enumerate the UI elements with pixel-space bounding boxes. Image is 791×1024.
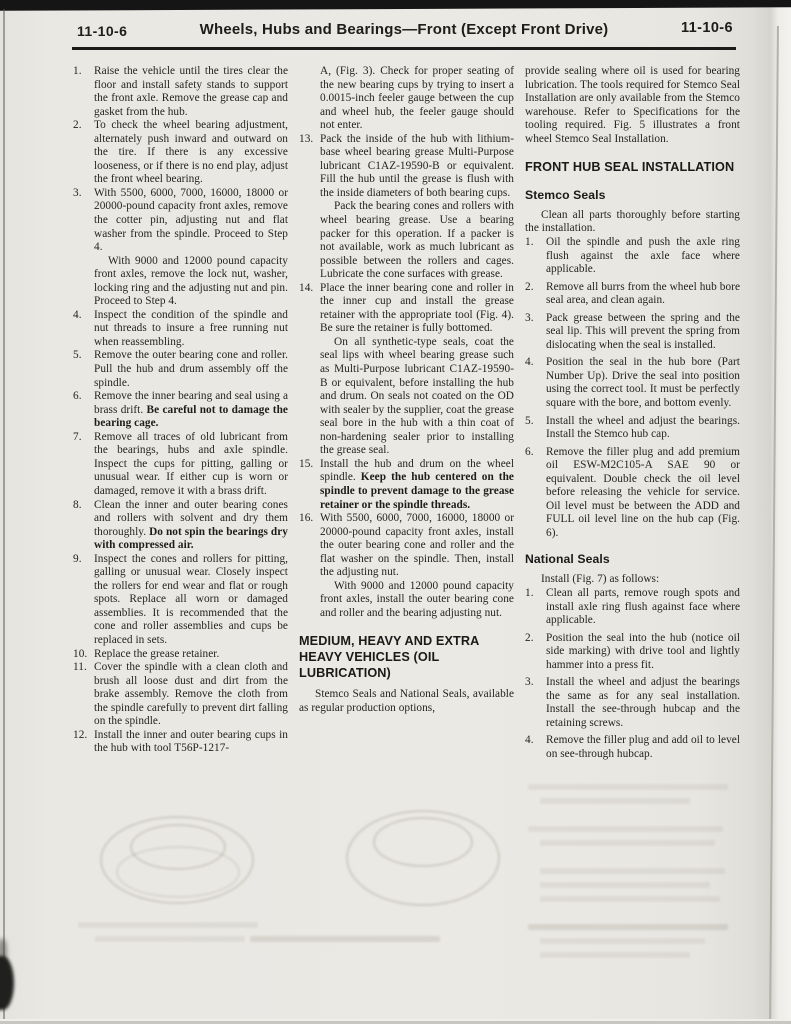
item-number: 3. (525, 312, 546, 353)
item-text: Raise the vehicle until the tires clear … (94, 65, 288, 119)
item-number: 16. (299, 512, 320, 620)
bleedthrough-text (540, 868, 725, 874)
body-text: With 9000 and 12000 pound capacity front… (320, 580, 514, 619)
text-column-1: 1.Raise the vehicle until the tires clea… (73, 65, 288, 766)
item-number: 4. (73, 309, 94, 350)
manual-page-scan: 11-10-6 Wheels, Hubs and Bearings—Front … (0, 0, 791, 1024)
paragraph: Stemco Seals and National Seals, availab… (299, 688, 514, 715)
item-number: 13. (299, 133, 320, 282)
bleedthrough-text (540, 938, 705, 944)
bleedthrough-text (95, 936, 245, 942)
item-number: 14. (299, 282, 320, 458)
scan-corner-blob (0, 956, 14, 1010)
item-paragraph: Pack grease between the spring and the s… (546, 312, 740, 353)
bleedthrough-text (78, 922, 258, 928)
text-column-2: A, (Fig. 3). Check for proper seating of… (299, 65, 514, 766)
item-paragraph: Install the hub and drum on the wheel sp… (320, 458, 514, 512)
bleedthrough-caption (250, 936, 440, 942)
header-rule (72, 47, 736, 50)
item-number: 4. (525, 734, 546, 761)
item-sub-paragraph: With 9000 and 12000 pound capacity front… (320, 580, 514, 621)
item-paragraph: Oil the spindle and push the axle ring f… (546, 236, 740, 277)
body-text: Clean all parts thoroughly before starti… (525, 209, 740, 235)
item-paragraph: Replace the grease retainer. (94, 648, 288, 662)
list-item: 4.Position the seal in the hub bore (Par… (525, 356, 740, 410)
bleedthrough-text (540, 896, 720, 902)
item-text: To check the wheel bearing adjustment, a… (94, 119, 288, 187)
body-text: Position the seal in the hub bore (Part … (546, 356, 740, 409)
page-title: Wheels, Hubs and Bearings—Front (Except … (73, 21, 735, 38)
item-paragraph: Remove the inner bearing and seal using … (94, 390, 288, 431)
list-item: 7.Remove all traces of old lubricant fro… (73, 431, 288, 499)
paragraph: provide sealing where oil is used for be… (525, 65, 740, 146)
body-text: With 5500, 6000, 7000, 16000, 18000 or 2… (320, 512, 514, 578)
item-paragraph: Remove all traces of old lubricant from … (94, 431, 288, 499)
item-number: 2. (525, 281, 546, 308)
body-text: Remove the filler plug and add premium o… (546, 446, 740, 539)
item-paragraph: Remove the outer bearing cone and roller… (94, 349, 288, 390)
item-number: 8. (73, 499, 94, 553)
body-text: provide sealing where oil is used for be… (525, 65, 740, 145)
body-text: Place the inner bearing cone and roller … (320, 282, 514, 335)
item-paragraph: Cover the spindle with a clean cloth and… (94, 661, 288, 729)
scan-left-edge (3, 9, 5, 1024)
body-text: With 5500, 6000, 7000, 16000, 18000 or 2… (94, 187, 288, 253)
item-number: 15. (299, 458, 320, 512)
body-text: Remove the filler plug and add oil to le… (546, 734, 740, 760)
item-text: Place the inner bearing cone and roller … (320, 282, 514, 458)
body-text: Inspect the condition of the spindle and… (94, 309, 288, 348)
item-text: Oil the spindle and push the axle ring f… (546, 236, 740, 277)
section-heading: MEDIUM, HEAVY AND EXTRA HEAVY VEHICLES (… (299, 634, 514, 681)
item-text: With 5500, 6000, 7000, 16000, 18000 or 2… (320, 512, 514, 620)
sub-heading: Stemco Seals (525, 188, 740, 203)
list-item: 12.Install the inner and outer bearing c… (73, 729, 288, 756)
body-text: Pack the inside of the hub with lithium-… (320, 133, 514, 199)
item-text: Remove the inner bearing and seal using … (94, 390, 288, 431)
item-paragraph: With 5500, 6000, 7000, 16000, 18000 or 2… (320, 512, 514, 580)
item-number: 5. (525, 415, 546, 442)
item-text: Inspect the cones and rollers for pittin… (94, 553, 288, 648)
item-paragraph: Inspect the cones and rollers for pittin… (94, 553, 288, 648)
page-edge-shadow (769, 26, 779, 1024)
list-item: 4.Inspect the condition of the spindle a… (73, 309, 288, 350)
item-sub-paragraph: On all synthetic-type seals, coat the se… (320, 336, 514, 458)
item-number: 10. (73, 648, 94, 662)
item-number: 6. (525, 446, 546, 541)
bleedthrough-figure-left-base (116, 846, 240, 898)
item-text: With 5500, 6000, 7000, 16000, 18000 or 2… (94, 187, 288, 309)
item-paragraph: Pack the inside of the hub with lithium-… (320, 133, 514, 201)
item-text: Install the wheel and adjust the bearing… (546, 676, 740, 730)
item-paragraph: Remove the filler plug and add oil to le… (546, 734, 740, 761)
bleedthrough-text (528, 784, 728, 790)
item-text: Install the wheel and adjust the bearing… (546, 415, 740, 442)
item-number: 4. (525, 356, 546, 410)
item-paragraph: Clean the inner and outer bearing cones … (94, 499, 288, 553)
item-number: 2. (525, 632, 546, 673)
list-item: 16.With 5500, 6000, 7000, 16000, 18000 o… (299, 512, 514, 620)
item-number: 9. (73, 553, 94, 648)
bleedthrough-text (528, 924, 728, 930)
body-text: Install the inner and outer bearing cups… (94, 729, 288, 755)
list-item: 3.Pack grease between the spring and the… (525, 312, 740, 353)
list-item: 15.Install the hub and drum on the wheel… (299, 458, 514, 512)
list-item: 1.Oil the spindle and push the axle ring… (525, 236, 740, 277)
item-number: 3. (73, 187, 94, 309)
bleedthrough-figure-right (346, 810, 500, 906)
list-item: 8.Clean the inner and outer bearing cone… (73, 499, 288, 553)
item-text: Install the hub and drum on the wheel sp… (320, 458, 514, 512)
item-text: Remove all burrs from the wheel hub bore… (546, 281, 740, 308)
item-paragraph: Remove the filler plug and add premium o… (546, 446, 740, 541)
list-item: 4.Remove the filler plug and add oil to … (525, 734, 740, 761)
body-text: Pack grease between the spring and the s… (546, 312, 740, 351)
body-text: Install the wheel and adjust the bearing… (546, 676, 740, 729)
scan-top-edge (0, 0, 791, 11)
item-text: Pack grease between the spring and the s… (546, 312, 740, 353)
bleedthrough-figure-right-inner (373, 817, 473, 867)
body-text: Stemco Seals and National Seals, availab… (299, 688, 514, 714)
item-text: Remove the outer bearing cone and roller… (94, 349, 288, 390)
body-text: Remove all traces of old lubricant from … (94, 431, 288, 497)
list-item: 1.Clean all parts, remove rough spots an… (525, 587, 740, 628)
bleedthrough-text (528, 826, 723, 832)
list-item: 6.Remove the filler plug and add premium… (525, 446, 740, 541)
item-text: Remove the filler plug and add oil to le… (546, 734, 740, 761)
body-text: Inspect the cones and rollers for pittin… (94, 553, 288, 646)
body-text: Pack the bearing cones and rollers with … (320, 200, 514, 280)
list-item: 5.Install the wheel and adjust the beari… (525, 415, 740, 442)
body-text: Install (Fig. 7) as follows: (541, 573, 659, 585)
list-item: 13.Pack the inside of the hub with lithi… (299, 133, 514, 282)
item-number: 7. (73, 431, 94, 499)
item-text: Clean all parts, remove rough spots and … (546, 587, 740, 628)
item-number: 5. (73, 349, 94, 390)
list-item: 2.To check the wheel bearing adjustment,… (73, 119, 288, 187)
item-text: Install the inner and outer bearing cups… (94, 729, 288, 756)
item-text: Position the seal in the hub bore (Part … (546, 356, 740, 410)
list-item: 1.Raise the vehicle until the tires clea… (73, 65, 288, 119)
item-number: 1. (525, 587, 546, 628)
item-text: Clean the inner and outer bearing cones … (94, 499, 288, 553)
item-sub-paragraph: With 9000 and 12000 pound capacity front… (94, 255, 288, 309)
body-text: Remove the outer bearing cone and roller… (94, 349, 288, 388)
item-paragraph: Clean all parts, remove rough spots and … (546, 587, 740, 628)
list-item: 5.Remove the outer bearing cone and roll… (73, 349, 288, 390)
body-text: Raise the vehicle until the tires clear … (94, 65, 288, 118)
item-paragraph: Inspect the condition of the spindle and… (94, 309, 288, 350)
item-text: Pack the inside of the hub with lithium-… (320, 133, 514, 282)
item-paragraph: Install the wheel and adjust the bearing… (546, 676, 740, 730)
body-text: Clean all parts, remove rough spots and … (546, 587, 740, 626)
page-header: 11-10-6 Wheels, Hubs and Bearings—Front … (73, 20, 735, 44)
list-item: 3.With 5500, 6000, 7000, 16000, 18000 or… (73, 187, 288, 309)
item-text: Replace the grease retainer. (94, 648, 288, 662)
page-number-right: 11-10-6 (681, 20, 733, 36)
bleedthrough-figure-left-inner (130, 824, 226, 870)
body-text: Remove all burrs from the wheel hub bore… (546, 281, 740, 307)
item-text: Inspect the condition of the spindle and… (94, 309, 288, 350)
item-number: 2. (73, 119, 94, 187)
list-item: 14.Place the inner bearing cone and roll… (299, 282, 514, 458)
body-text: Position the seal into the hub (notice o… (546, 632, 740, 671)
item-text: Remove the filler plug and add premium o… (546, 446, 740, 541)
body-text: Oil the spindle and push the axle ring f… (546, 236, 740, 275)
bleedthrough-text (540, 882, 710, 888)
bleedthrough-figure-left (100, 816, 254, 904)
list-item: 10.Replace the grease retainer. (73, 648, 288, 662)
paragraph: Clean all parts thoroughly before starti… (525, 209, 740, 236)
body-text: A, (Fig. 3). Check for proper seating of… (320, 65, 514, 131)
body-text: Replace the grease retainer. (94, 648, 219, 660)
item-paragraph: Remove all burrs from the wheel hub bore… (546, 281, 740, 308)
item-paragraph: Place the inner bearing cone and roller … (320, 282, 514, 336)
item-text: Remove all traces of old lubricant from … (94, 431, 288, 499)
section-heading: FRONT HUB SEAL INSTALLATION (525, 160, 740, 176)
item-paragraph: Raise the vehicle until the tires clear … (94, 65, 288, 119)
text-column-3: provide sealing where oil is used for be… (525, 65, 740, 766)
item-paragraph: Install the wheel and adjust the bearing… (546, 415, 740, 442)
item-number: 1. (73, 65, 94, 119)
body-text: With 9000 and 12000 pound capacity front… (94, 255, 288, 308)
body-text: Install the wheel and adjust the bearing… (546, 415, 740, 441)
item-number: 12. (73, 729, 94, 756)
item-text: Cover the spindle with a clean cloth and… (94, 661, 288, 729)
list-item: 9.Inspect the cones and rollers for pitt… (73, 553, 288, 648)
list-item: 6.Remove the inner bearing and seal usin… (73, 390, 288, 431)
bleedthrough-text (540, 840, 715, 846)
text-columns: 1.Raise the vehicle until the tires clea… (73, 65, 740, 766)
sub-heading: National Seals (525, 552, 740, 567)
item-paragraph: Position the seal in the hub bore (Part … (546, 356, 740, 410)
list-item: 3.Install the wheel and adjust the beari… (525, 676, 740, 730)
item-number: 1. (525, 236, 546, 277)
item-number: 6. (73, 390, 94, 431)
item-number: 11. (73, 661, 94, 729)
body-text: On all synthetic-type seals, coat the se… (320, 336, 514, 456)
item-paragraph: With 5500, 6000, 7000, 16000, 18000 or 2… (94, 187, 288, 255)
paragraph: Install (Fig. 7) as follows: (525, 573, 740, 587)
list-item: 11.Cover the spindle with a clean cloth … (73, 661, 288, 729)
bleedthrough-text (540, 798, 690, 804)
list-item: 2.Remove all burrs from the wheel hub bo… (525, 281, 740, 308)
bleedthrough-text (540, 952, 690, 958)
item-number: 3. (525, 676, 546, 730)
continuation-paragraph: A, (Fig. 3). Check for proper seating of… (299, 65, 514, 133)
item-sub-paragraph: Pack the bearing cones and rollers with … (320, 200, 514, 281)
list-item: 2.Position the seal into the hub (notice… (525, 632, 740, 673)
item-text: Position the seal into the hub (notice o… (546, 632, 740, 673)
item-paragraph: To check the wheel bearing adjustment, a… (94, 119, 288, 187)
body-text: To check the wheel bearing adjustment, a… (94, 119, 288, 185)
item-paragraph: Position the seal into the hub (notice o… (546, 632, 740, 673)
item-paragraph: Install the inner and outer bearing cups… (94, 729, 288, 756)
body-text: Cover the spindle with a clean cloth and… (94, 661, 288, 727)
